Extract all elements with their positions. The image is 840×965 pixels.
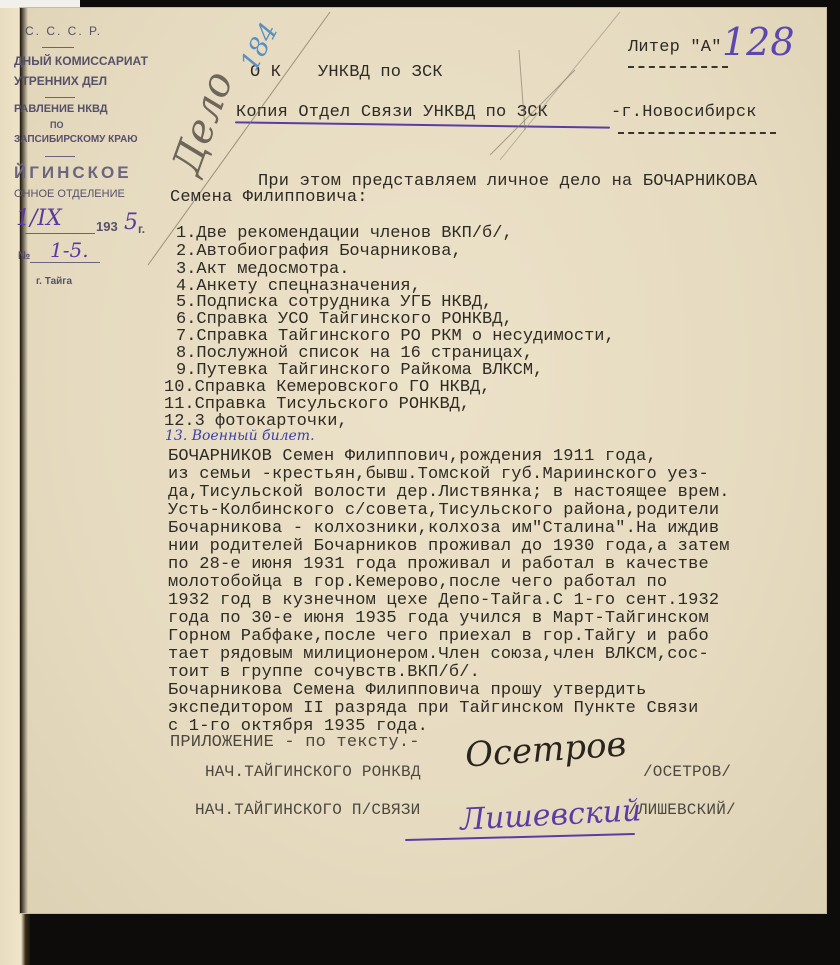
enclosure-item-handwritten: 13. Военный билет. <box>165 428 315 444</box>
enclosure-item: 1.Две рекомендации членов ВКП/б/, <box>176 224 513 243</box>
body-line: экспедитором II разряда при Тайгинском П… <box>168 699 699 718</box>
body-line: молотобойца в гор.Кемерово,после чего ра… <box>168 573 667 592</box>
signature-name-osetrov: /ОСЕТРОВ/ <box>643 763 731 781</box>
attachment-note: ПРИЛОЖЕНИЕ - по тексту.- <box>170 733 420 752</box>
body-line: нии родителей Бочарников проживал до 193… <box>168 537 730 556</box>
body-line: Усть-Колбинского с/совета,Тисульского ра… <box>168 501 719 520</box>
body-line: года по 30-е июня 1935 года учился в Мар… <box>168 609 709 628</box>
enclosure-item: 2.Автобиография Бочарникова, <box>176 242 462 261</box>
body-line: БОЧАРНИКОВ Семен Филиппович,рождения 191… <box>168 447 657 466</box>
body-line: по 28-е июня 1931 года проживал и работа… <box>168 555 709 574</box>
body-line: тает рядовым милиционером.Член союза,чле… <box>168 645 709 664</box>
signature-title-ronkvd: НАЧ.ТАЙГИНСКОГО РОНКВД <box>205 763 421 781</box>
body-line: 1932 год в кузнечном цехе Депо-Тайга.С 1… <box>168 591 719 610</box>
signature-name-lishevsky: /ЛИШЕВСКИЙ/ <box>628 801 736 819</box>
signature-title-svyazi: НАЧ.ТАЙГИНСКОГО П/СВЯЗИ <box>195 801 420 819</box>
body-line: из семьи -крестьян,бывш.Томской губ.Мари… <box>168 465 709 484</box>
body-line: Бочарникова Семена Филипповича прошу утв… <box>168 681 646 700</box>
body-line: тоит в группе сочувств.ВКП/б/. <box>168 663 480 682</box>
intro-line-2: Семена Филипповича: <box>170 188 368 207</box>
body-line: Горном Рабфаке,после чего приехал в гор.… <box>168 627 709 646</box>
body-line: Бочарникова - колхозники,колхоза им"Стал… <box>168 519 719 538</box>
body-line: да,Тисульской волости дер.Листвянка; в н… <box>168 483 730 502</box>
